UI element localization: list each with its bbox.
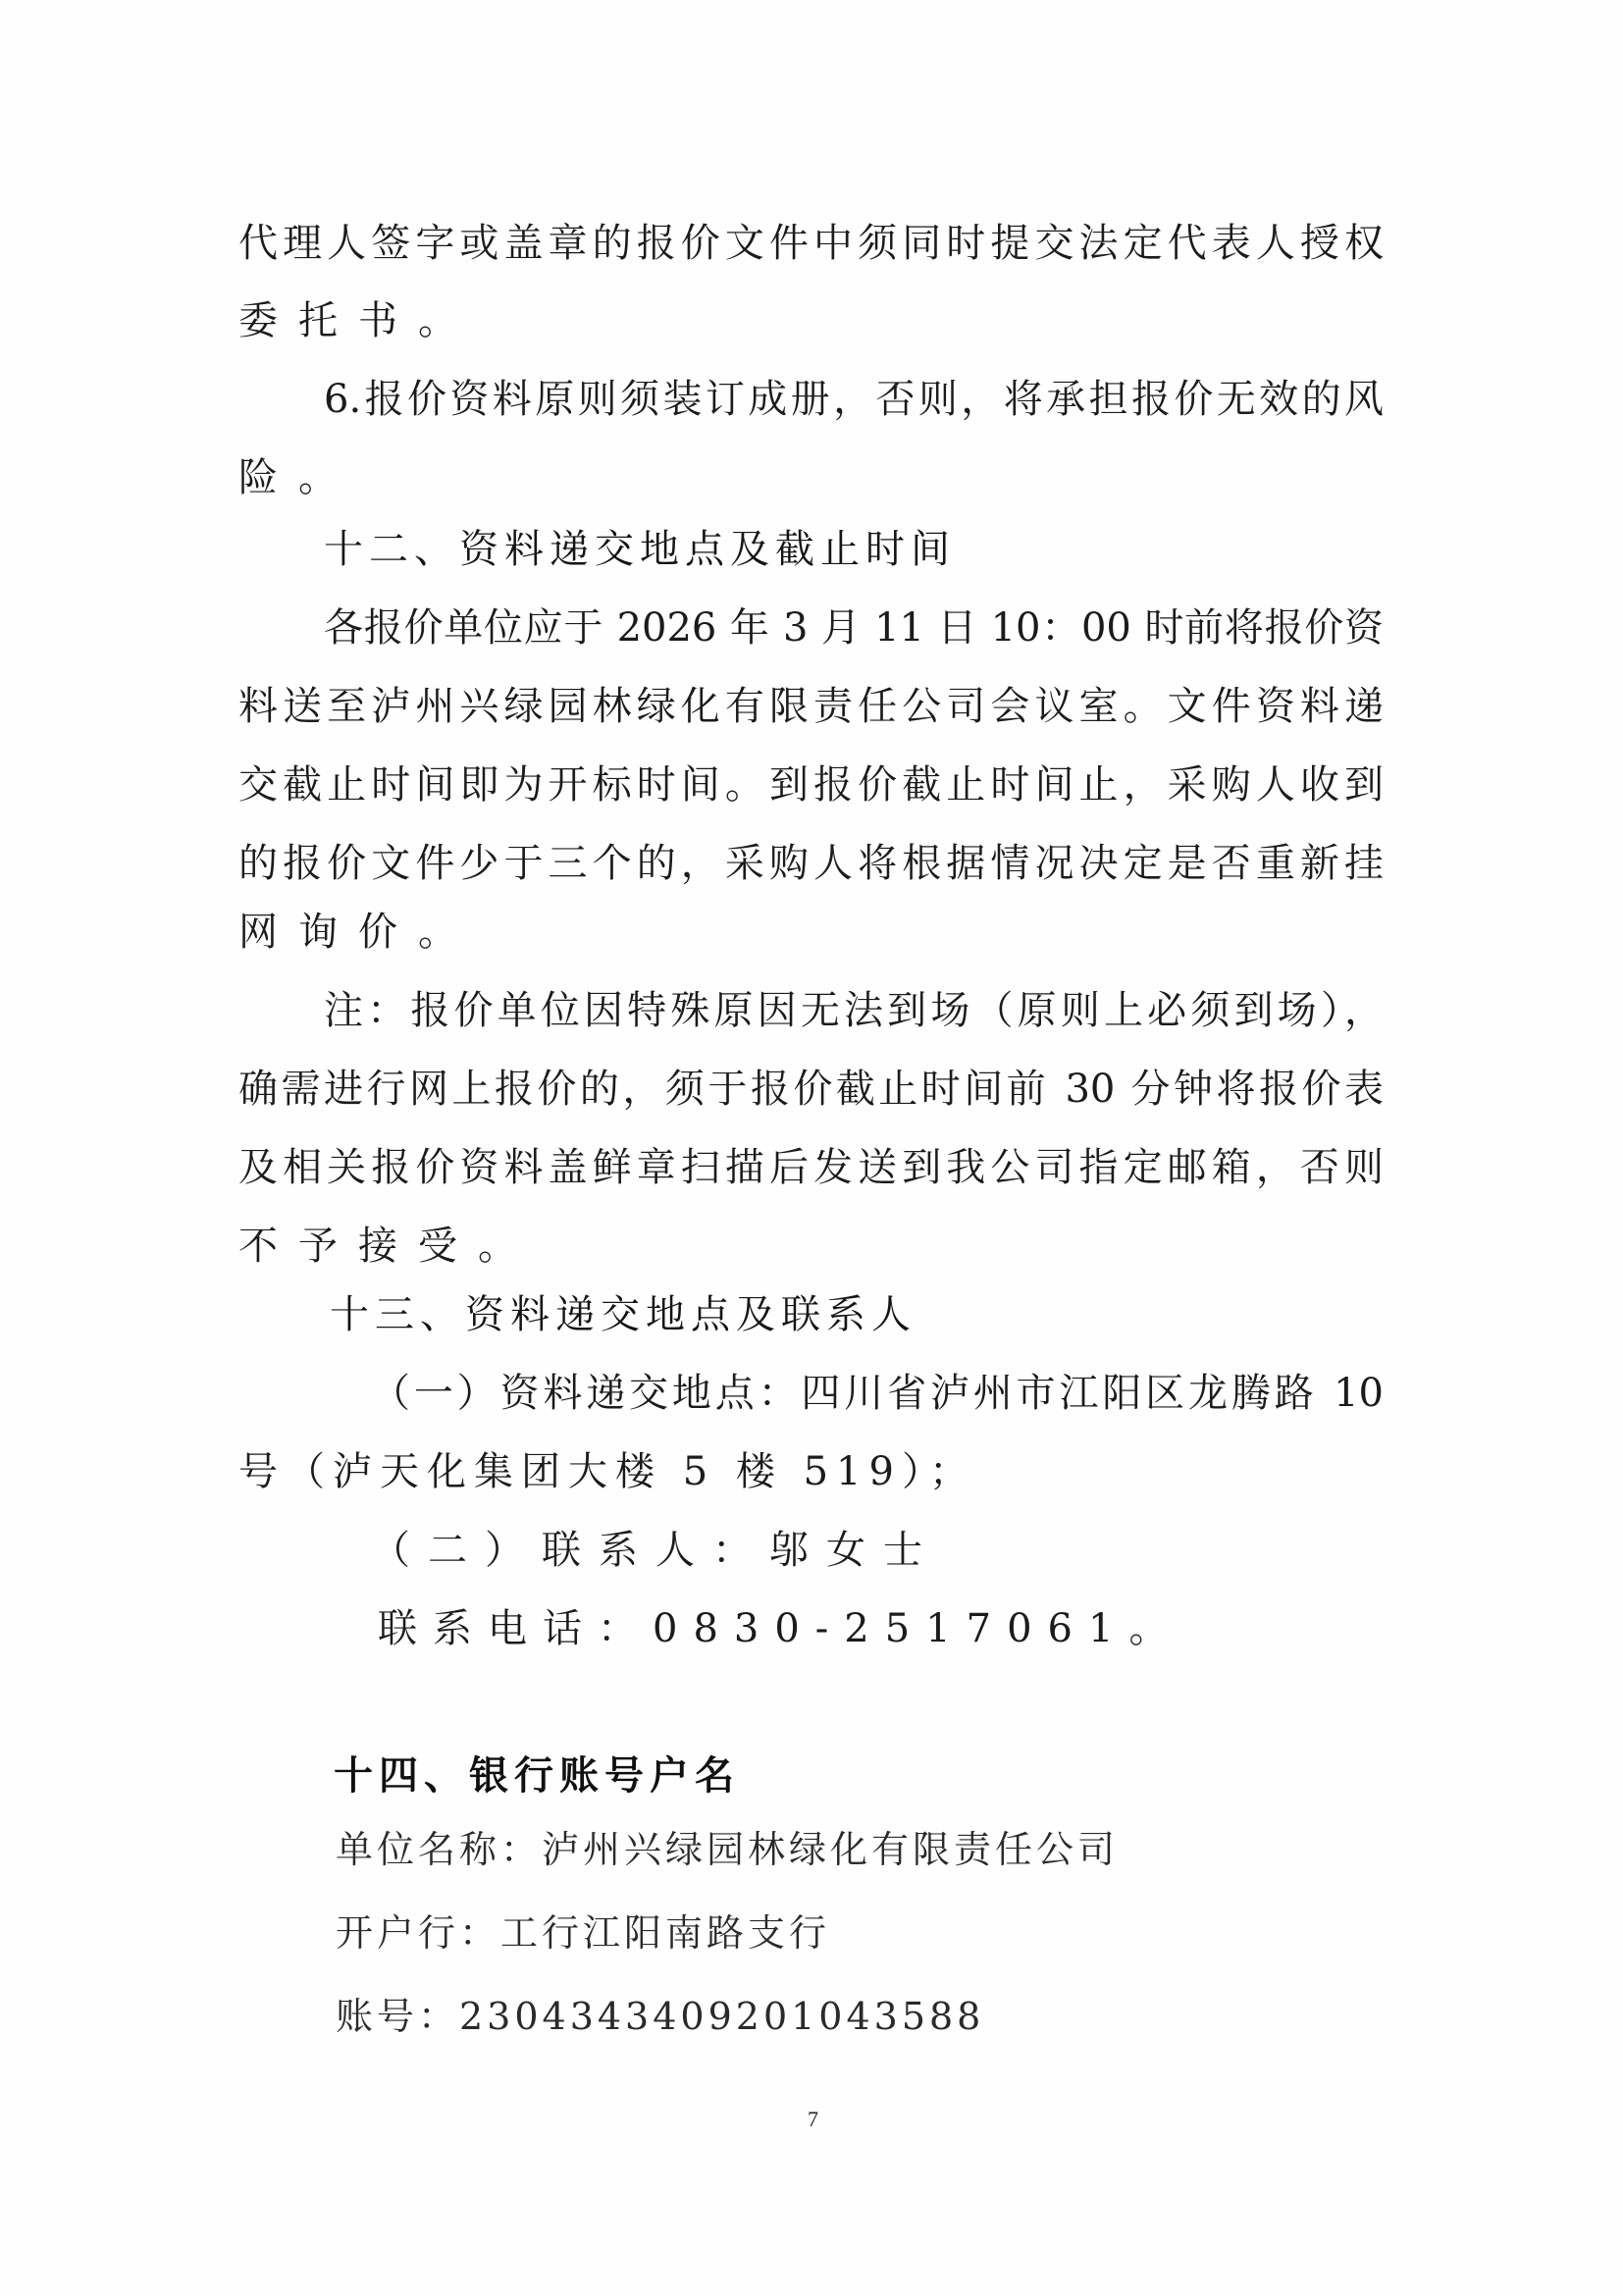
note-line: 及相关报价资料盖鲜章扫描后发送到我公司指定邮箱，否则 [238,1140,1384,1195]
paragraph-line: 险。 [238,450,358,505]
paragraph-line: 的报价文件少于三个的，采购人将根据情况决定是否重新挂 [238,836,1384,891]
paragraph-line: 网询价。 [238,905,478,960]
note-line: 注：报价单位因特殊原因无法到场（原则上必须到场）， [324,983,1384,1038]
bank-unit-name: 单位名称：泸州兴绿园林绿化有限责任公司 [336,1822,1119,1877]
note-line: 不予接受。 [238,1219,538,1274]
location-line: 号（泸天化集团大楼 5 楼 519）； [238,1444,976,1499]
note-line: 确需进行网上报价的，须于报价截止时间前 30 分钟将报价表 [238,1062,1384,1117]
section-heading-12: 十二、资料递交地点及截止时间 [324,522,956,577]
contact-person: （二）联系人：邬女士 [371,1523,940,1578]
section-heading-13: 十三、资料递交地点及联系人 [330,1287,916,1342]
paragraph-line: 代理人签字或盖章的报价文件中须同时提交法定代表人授权 [238,216,1384,271]
section-heading-14: 十四、银行账号户名 [334,1748,740,1803]
document-page: 代理人签字或盖章的报价文件中须同时提交法定代表人授权 委托书。 6.报价资料原则… [0,0,1623,2296]
page-number: 7 [808,2107,818,2132]
contact-phone: 联系电话：0830-2517061。 [378,1601,1183,1656]
paragraph-line: 各报价单位应于 2026 年 3 月 11 日 10：00 时前将报价资 [324,600,1384,655]
paragraph-line: 交截止时间即为开标时间。到报价截止时间止，采购人收到 [238,757,1384,812]
bank-branch: 开户行：工行江阳南路支行 [336,1905,830,1960]
paragraph-line: 委托书。 [238,293,478,348]
location-line: （一）资料递交地点：四川省泸州市江阳区龙腾路 10 [371,1366,1384,1421]
paragraph-line: 6.报价资料原则须装订成册，否则，将承担报价无效的风 [324,372,1384,427]
paragraph-line: 料送至泸州兴绿园林绿化有限责任公司会议室。文件资料递 [238,679,1384,734]
bank-account-number: 账号：2304343409201043588 [336,1989,984,2044]
